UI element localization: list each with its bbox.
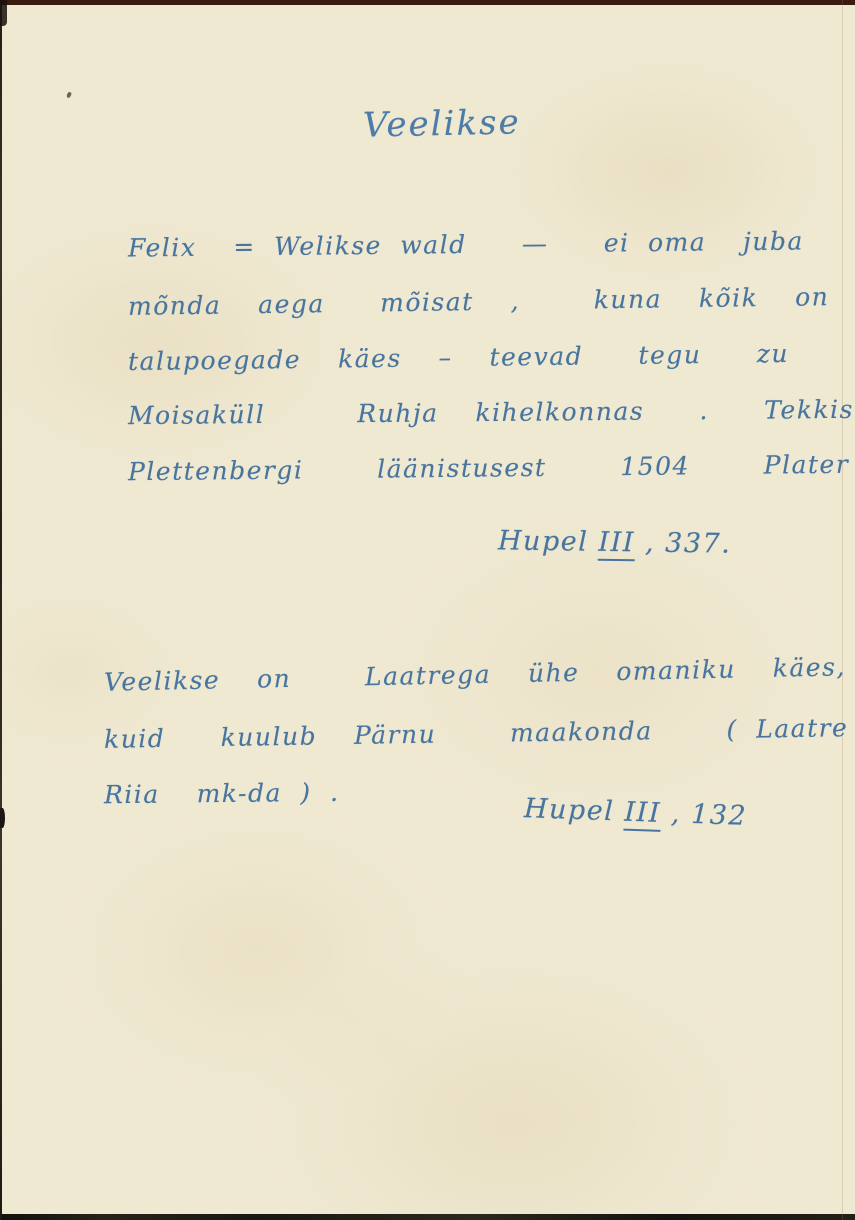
scan-edge-bottom	[0, 1214, 855, 1220]
citation-page: , 337.	[635, 527, 732, 559]
corner-shadow-mark	[0, 0, 7, 26]
citation-page: , 132	[660, 798, 747, 832]
citation-hupel-132: Hupel III , 132	[524, 793, 748, 832]
handwritten-line: Moisaküll Ruhja kihelkonnas . Tekkis	[128, 395, 854, 430]
handwritten-line: Riia mk-da ) .	[104, 778, 340, 809]
scan-edge-top	[0, 0, 855, 5]
document-title: Veelikse	[363, 102, 521, 145]
handwritten-line: Plettenbergi läänistusest 1504 Plater 1,…	[128, 449, 855, 486]
handwritten-line: Felix = Welikse wald — ei oma juba	[128, 226, 804, 262]
citation-hupel-337: Hupel III , 337.	[498, 525, 732, 559]
citation-source: Hupel	[524, 793, 625, 827]
handwritten-line: mõnda aega mõisat , kuna kõik on	[128, 282, 830, 321]
scan-edge-left	[0, 0, 2, 1220]
paper-crease-line	[842, 0, 843, 1220]
paper-speck	[66, 91, 72, 98]
handwritten-line: Veelikse on Laatrega ühe omaniku käes,	[104, 652, 846, 697]
scanned-document-page: Veelikse Felix = Welikse wald — ei oma j…	[0, 0, 855, 1220]
handwritten-line: talupoegade käes – teevad tegu zu	[128, 339, 789, 376]
citation-volume-underlined: III	[598, 527, 635, 562]
ink-blot-left-edge	[0, 808, 5, 828]
citation-volume-underlined: III	[624, 797, 662, 832]
citation-source: Hupel	[498, 525, 599, 557]
handwritten-line: kuid kuulub Pärnu maakonda ( Laatre	[104, 713, 849, 754]
